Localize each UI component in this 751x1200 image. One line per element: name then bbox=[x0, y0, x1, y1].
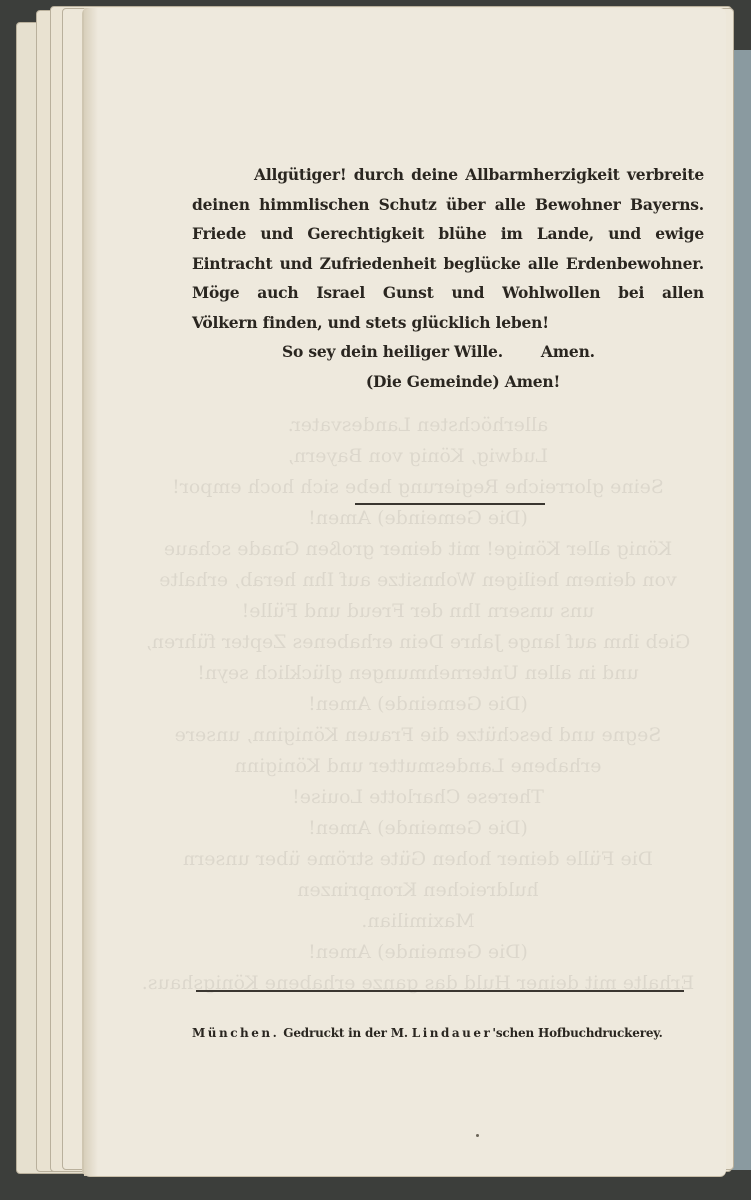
bleed-line: Segne und beschütze die Frauen Königinn,… bbox=[108, 720, 728, 751]
bleed-line: und in allen Unternehmungen glücklich se… bbox=[108, 658, 728, 689]
prayer-line: Allgütiger! durch deine Allbarmherzigkei… bbox=[192, 160, 704, 190]
imprint-text-after: 'schen Hofbuchdruckerey. bbox=[492, 1026, 662, 1040]
bleed-line: König aller Könige! mit deiner großen Gn… bbox=[108, 534, 728, 565]
prayer-line: Friede und Gerechtigkeit blühe im Lande,… bbox=[192, 219, 704, 249]
bleed-line: Die Fülle deiner hohen Güte ströme über … bbox=[108, 844, 728, 875]
prayer-line: Völkern finden, und stets glücklich lebe… bbox=[192, 308, 704, 338]
bleed-line: (Die Gemeinde) Amen! bbox=[108, 813, 728, 844]
paper-speck bbox=[476, 1134, 479, 1137]
bleed-line: Erhalte mit deiner Huld das ganze erhabe… bbox=[108, 968, 728, 999]
bleed-through-text: allerhöchsten Landesvater. Ludwig, König… bbox=[108, 410, 728, 999]
imprint-city: München. bbox=[192, 1026, 279, 1040]
bleed-line: Maximilian. bbox=[108, 906, 728, 937]
bleed-line: (Die Gemeinde) Amen! bbox=[108, 689, 728, 720]
bleed-line: Therese Charlotte Louise! bbox=[108, 782, 728, 813]
section-divider bbox=[355, 503, 545, 505]
closing-text: So sey dein heiliger Wille. bbox=[282, 342, 503, 361]
prayer-text: Allgütiger! durch deine Allbarmherzigkei… bbox=[192, 160, 704, 396]
prayer-closing: So sey dein heiliger Wille.Amen. bbox=[192, 337, 704, 367]
bleed-line: erhabene Landesmutter und Königinn bbox=[108, 751, 728, 782]
bleed-line: (Die Gemeinde) Amen! bbox=[108, 503, 728, 534]
prayer-line: Möge auch Israel Gunst und Wohlwollen be… bbox=[192, 278, 704, 308]
congregation-response: (Die Gemeinde) Amen! bbox=[192, 367, 704, 397]
bleed-line: von deinem heiligen Wohnsitze auf Ihn he… bbox=[108, 565, 728, 596]
bleed-line: allerhöchsten Landesvater. bbox=[108, 410, 728, 441]
bleed-line: huldreichen Kronprinzen bbox=[108, 875, 728, 906]
bleed-line: Gieb ihm auf lange Jahre Dein erhabenes … bbox=[108, 627, 728, 658]
printer-imprint: München. Gedruckt in der M. Lindauer'sch… bbox=[192, 1026, 692, 1040]
bleed-line: Ludwig, König von Bayern, bbox=[108, 441, 728, 472]
bleed-line: (Die Gemeinde) Amen! bbox=[108, 937, 728, 968]
imprint-divider bbox=[196, 990, 684, 992]
bleed-line: Seine glorreiche Regierung hebe sich hoc… bbox=[108, 472, 728, 503]
imprint-text: Gedruckt in der M. bbox=[283, 1026, 408, 1040]
bleed-line: uns unsern Ihn der Freud und Fülle! bbox=[108, 596, 728, 627]
prayer-line: deinen himmlischen Schutz über alle Bewo… bbox=[192, 190, 704, 220]
page-fold-shadow bbox=[84, 8, 98, 1176]
imprint-printer: Lindauer bbox=[412, 1026, 493, 1040]
prayer-line: Eintracht und Zufriedenheit beglücke all… bbox=[192, 249, 704, 279]
closing-amen: Amen. bbox=[541, 342, 595, 361]
